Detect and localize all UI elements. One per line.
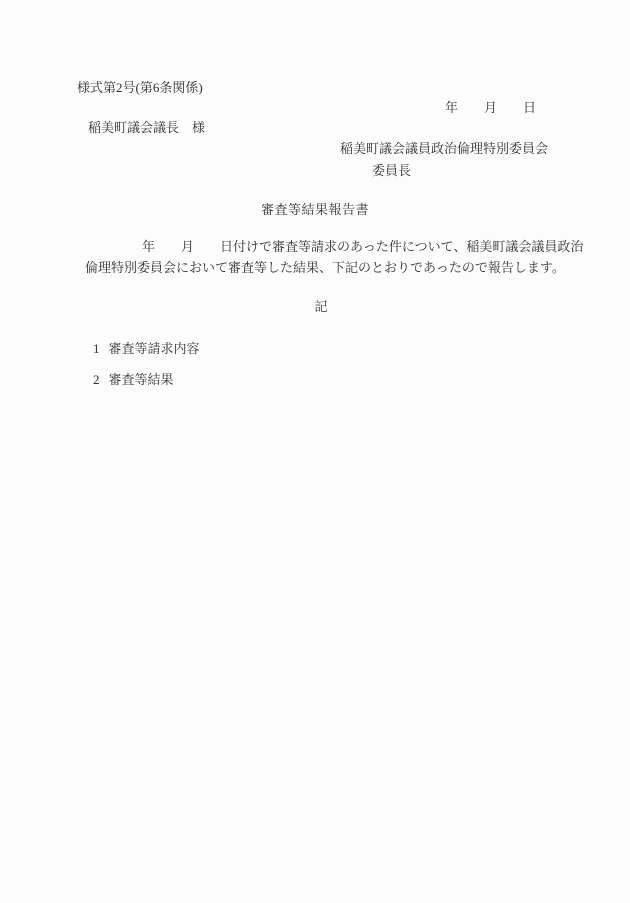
list-item-1-label: 審査等請求内容 — [109, 342, 200, 356]
sender-chairperson-title: 委員長 — [372, 164, 411, 178]
list-item-2: 2 審査等結果 — [93, 373, 174, 387]
document-title: 審査等結果報告書 — [0, 203, 630, 217]
list-item-1: 1 審査等請求内容 — [93, 342, 200, 356]
date-placeholder-line: 年 月 日 — [445, 101, 536, 115]
addressee-line: 稲美町議会議長 様 — [88, 121, 205, 135]
list-item-2-label: 審査等結果 — [109, 373, 174, 387]
form-number-label: 様式第2号(第6条関係) — [77, 81, 203, 95]
body-paragraph-line-1: 年 月 日付けで審査等請求のあった件について、稲美町議会議員政治 — [142, 240, 583, 254]
list-item-2-number: 2 — [93, 373, 100, 387]
sender-committee-name: 稲美町議会議員政治倫理特別委員会 — [340, 142, 548, 156]
document-page: 様式第2号(第6条関係) 年 月 日 稲美町議会議長 様 稲美町議会議員政治倫理… — [0, 0, 630, 903]
body-paragraph-line-2: 倫理特別委員会において審査等した結果、下記のとおりであったので報告します。 — [85, 261, 565, 275]
record-mark: 記 — [6, 300, 630, 314]
list-item-1-number: 1 — [93, 342, 100, 356]
